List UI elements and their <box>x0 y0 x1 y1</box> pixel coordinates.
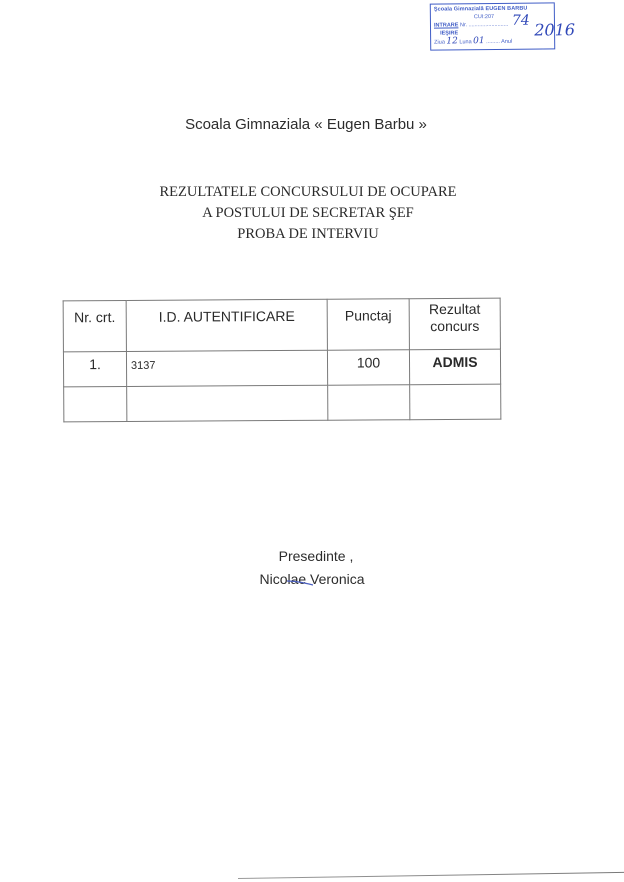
header-rezultat-line1: Rezultat <box>410 301 500 319</box>
registration-stamp: Şcoala Gimnazială EUGEN BARBU CUI:207 IN… <box>430 2 555 50</box>
cell-rezultat: ADMIS <box>409 349 500 385</box>
handwritten-signature-stroke-icon <box>287 580 313 586</box>
cell-punctaj <box>328 385 410 421</box>
title-line-2: A POSTULUI DE SECRETAR ŞEF <box>0 203 616 224</box>
school-name: Scoala Gimnaziala « Eugen Barbu » <box>0 116 600 133</box>
stamp-ziua-label: Ziua <box>434 39 445 45</box>
cell-id: 3137 <box>126 350 327 386</box>
title-line-1: REZULTATELE CONCURSULUI DE OCUPARE <box>0 182 616 203</box>
cell-nr: 1. <box>63 351 126 386</box>
cell-punctaj: 100 <box>327 350 409 386</box>
signature-block: Presedinte , Nicolae Veronica <box>0 545 624 591</box>
title-line-3: PROBA DE INTERVIU <box>0 224 616 245</box>
signature-name-wrap: Nicolae Veronica <box>259 568 364 591</box>
stamp-anul-value: 2016 <box>534 26 575 34</box>
stamp-luna-label: Luna <box>459 39 471 45</box>
stamp-date-row: Ziua 12 Luna 01 ......... Anul 2016 <box>434 36 551 46</box>
stamp-anul-label: Anul <box>501 39 512 45</box>
cell-nr <box>64 386 127 421</box>
header-rezultat-line2: concurs <box>410 318 500 336</box>
stamp-ziua-value: 12 <box>446 36 458 46</box>
header-rezultat: Rezultat concurs <box>409 298 500 350</box>
stamp-luna-value: 01 <box>473 36 485 46</box>
stamp-nr-label: Nr. <box>460 22 467 28</box>
stamp-intrare-label: INTRARE <box>434 22 459 28</box>
cell-id <box>127 385 328 421</box>
header-id-autentificare: I.D. AUTENTIFICARE <box>126 299 327 351</box>
scan-edge-line <box>238 872 624 879</box>
cell-rezultat <box>410 384 501 420</box>
table-row: 1. 3137 100 ADMIS <box>63 349 500 387</box>
header-nr-crt: Nr. crt. <box>63 300 126 351</box>
document-title: REZULTATELE CONCURSULUI DE OCUPARE A POS… <box>0 182 616 245</box>
table-row <box>64 384 501 422</box>
header-punctaj: Punctaj <box>327 299 409 350</box>
stamp-nr-value: 74 <box>512 17 530 25</box>
table-header-row: Nr. crt. I.D. AUTENTIFICARE Punctaj Rezu… <box>63 298 500 352</box>
signature-title: Presedinte , <box>0 545 624 568</box>
results-table: Nr. crt. I.D. AUTENTIFICARE Punctaj Rezu… <box>63 298 502 423</box>
